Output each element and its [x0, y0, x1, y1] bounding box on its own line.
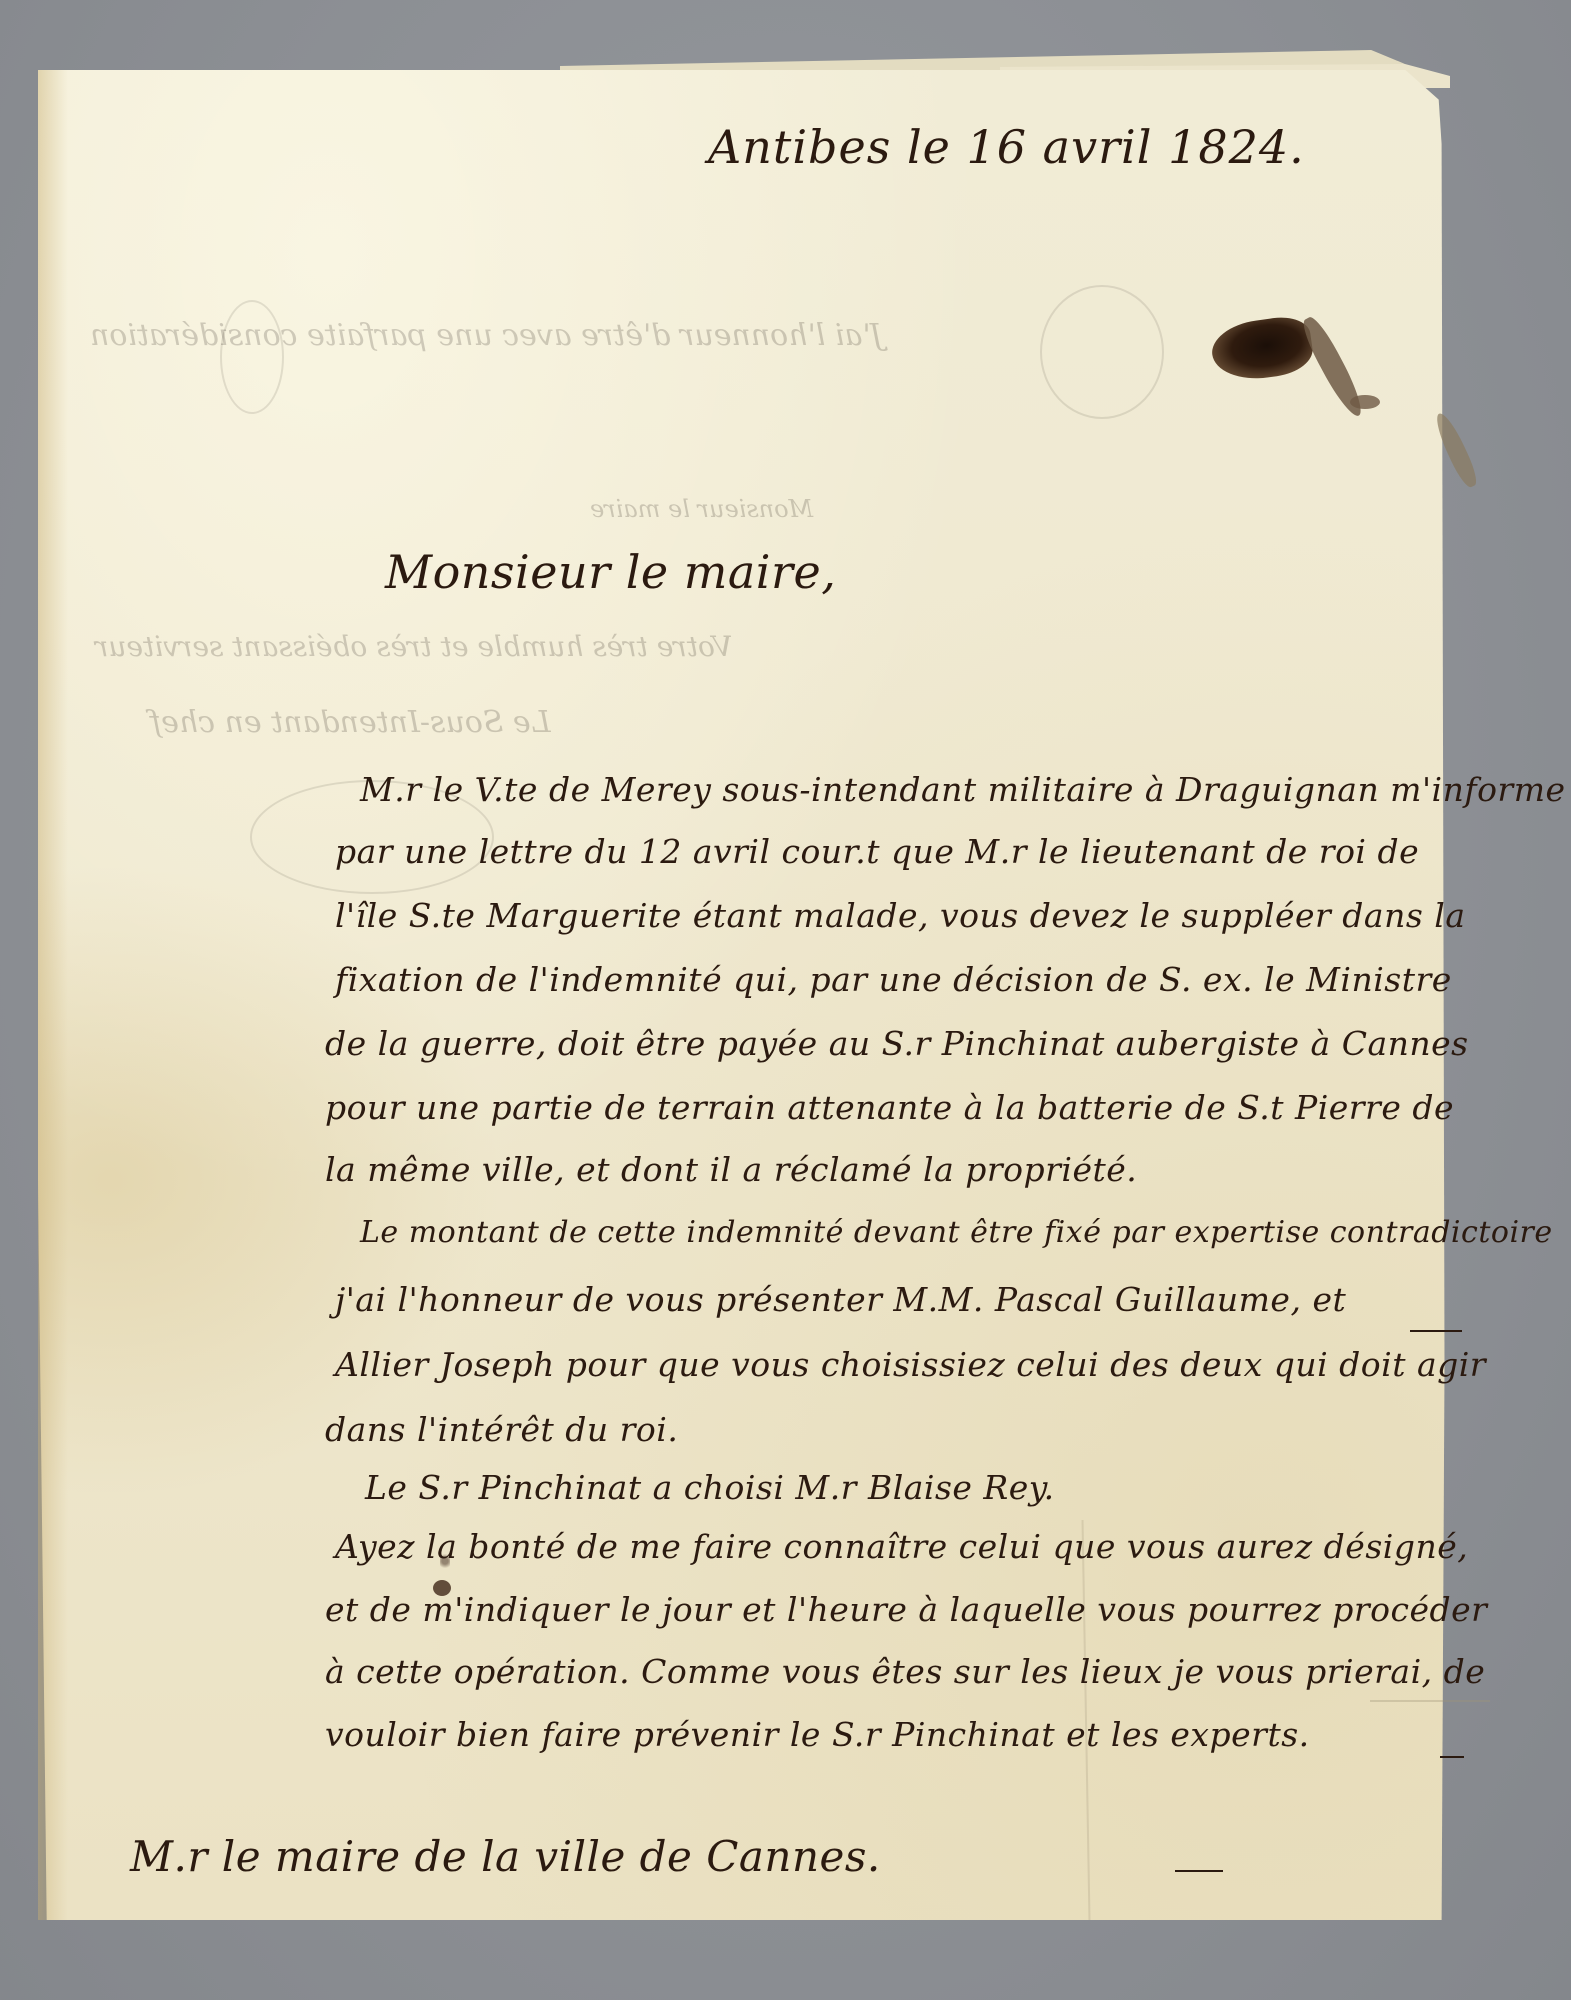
bleed-through-salutation: Monsieur le maire [590, 495, 813, 523]
body-line: l'île S.te Marguerite étant malade, vous… [335, 896, 1466, 935]
body-line: de la guerre, doit être payée au S.r Pin… [325, 1024, 1469, 1063]
bleed-through-servant: Votre très humble et très obéissant serv… [95, 630, 733, 663]
body-line: j'ai l'honneur de vous présenter M.M. Pa… [335, 1280, 1346, 1319]
body-line: vouloir bien faire prévenir le S.r Pinch… [325, 1715, 1310, 1754]
bleed-through-closing: J'ai l'honneur d'être avec une parfaite … [90, 318, 883, 353]
body-line: à cette opération. Comme vous êtes sur l… [325, 1652, 1485, 1691]
body-line: M.r le V.te de Merey sous-intendant mili… [360, 770, 1566, 809]
bleed-through-title: Le Sous-Intendant en chef [150, 705, 551, 740]
salutation: Monsieur le maire, [385, 545, 836, 599]
paper-stain-left [38, 70, 68, 1920]
body-line: dans l'intérêt du roi. [325, 1410, 678, 1449]
body-line: Le S.r Pinchinat a choisi M.r Blaise Rey… [365, 1468, 1055, 1507]
bleed-through-loop [220, 300, 284, 414]
body-line: fixation de l'indemnité qui, par une déc… [335, 960, 1452, 999]
body-line: Le montant de cette indemnité devant êtr… [360, 1215, 1553, 1250]
dateline: Antibes le 16 avril 1824. [708, 120, 1305, 174]
body-line: Ayez la bonté de me faire connaître celu… [335, 1527, 1468, 1566]
address-filler-dash [1175, 1870, 1223, 1872]
paper-crease-horizontal [1370, 1700, 1490, 1702]
line-filler-dash [1410, 1330, 1462, 1332]
ink-splash-tail [1350, 395, 1380, 409]
body-line: et de m'indiquer le jour et l'heure à la… [325, 1590, 1487, 1629]
bleed-through-flourish [1040, 285, 1164, 419]
addressee-line: M.r le maire de la ville de Cannes. [130, 1832, 881, 1881]
line-filler-dash [1440, 1756, 1464, 1758]
body-line: Allier Joseph pour que vous choisissiez … [335, 1345, 1486, 1384]
body-line: par une lettre du 12 avril cour.t que M.… [335, 832, 1419, 871]
body-line: pour une partie de terrain attenante à l… [325, 1088, 1454, 1127]
body-line: la même ville, et dont il a réclamé la p… [325, 1150, 1137, 1189]
